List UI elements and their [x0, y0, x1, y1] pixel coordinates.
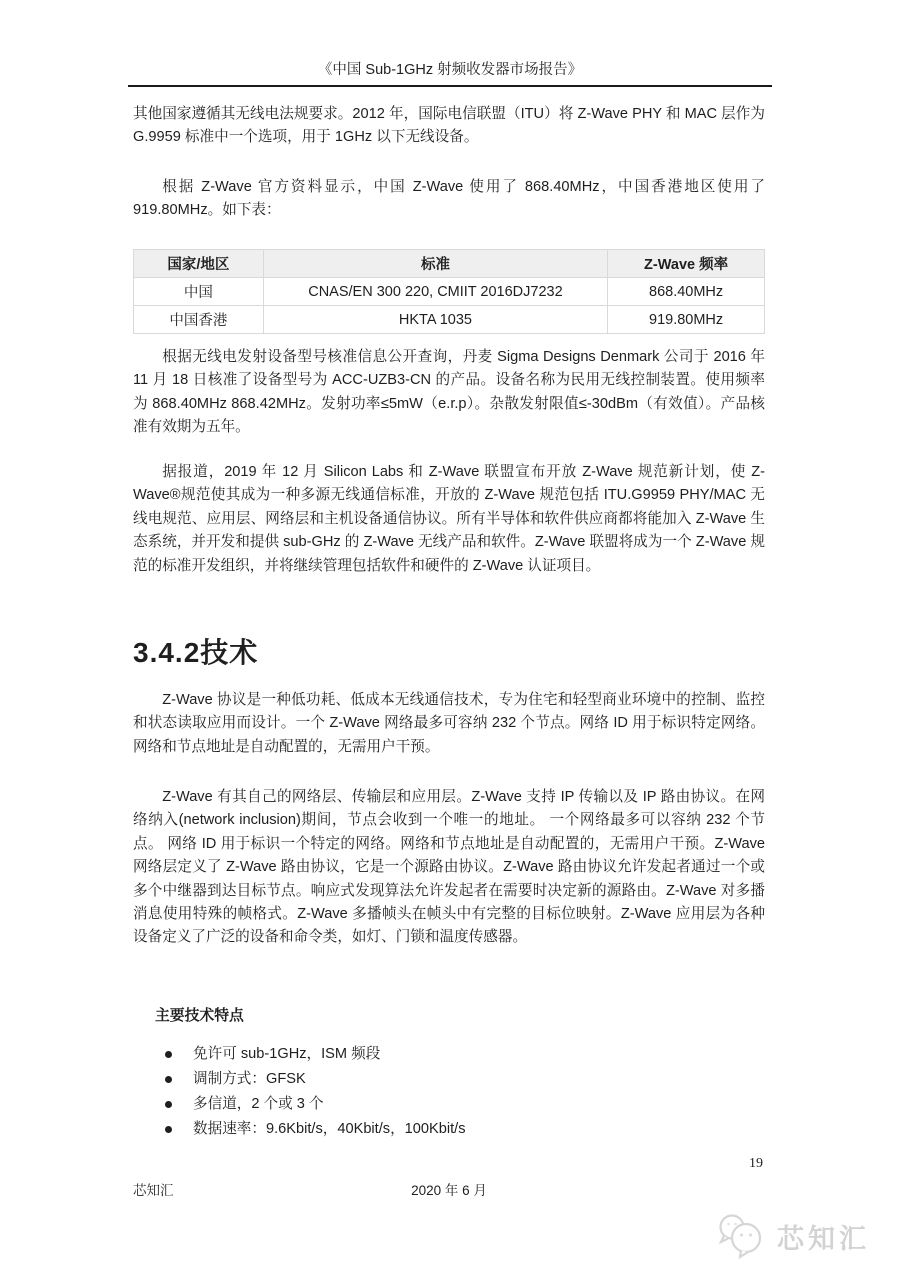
feature-text: 数据速率：9.6Kbit/s，40Kbit/s，100Kbit/s [193, 1121, 466, 1137]
paragraph-protocol-overview: Z-Wave 协议是一种低功耗、低成本无线通信技术，专为住宅和轻型商业环境中的控… [133, 689, 765, 759]
table-row: 中国香港 HKTA 1035 919.80MHz [134, 306, 765, 334]
zwave-frequency-table: 国家/地区 标准 Z-Wave 频率 中国 CNAS/EN 300 220, C… [133, 249, 765, 334]
table-header-row: 国家/地区 标准 Z-Wave 频率 [134, 250, 765, 278]
feature-text: 多信道，2 个或 3 个 [193, 1096, 324, 1112]
bullet-icon [165, 1126, 172, 1133]
bullet-icon [165, 1101, 172, 1108]
watermark-brand-text: 芯知汇 [777, 1217, 870, 1256]
chat-bubbles-icon [715, 1212, 767, 1260]
table-row: 中国 CNAS/EN 300 220, CMIIT 2016DJ7232 868… [134, 278, 765, 306]
cell-standard: HKTA 1035 [263, 306, 607, 334]
report-page: 《中国 Sub-1GHz 射频收发器市场报告》 其他国家遵循其无线电法规要求。2… [0, 0, 900, 1273]
footer-date: 2020 年 6 月 [133, 1179, 765, 1199]
brand-watermark: 芯知汇 [715, 1212, 870, 1260]
paragraph-type-approval: 根据无线电发射设备型号核准信息公开查询，丹麦 Sigma Designs Den… [133, 346, 765, 440]
list-item: 免许可 sub-1GHz，ISM 频段 [165, 1042, 725, 1067]
paragraph-open-spec: 据报道，2019 年 12 月 Silicon Labs 和 Z-Wave 联盟… [133, 461, 765, 578]
cell-region: 中国 [134, 278, 264, 306]
list-item: 调制方式：GFSK [165, 1067, 725, 1092]
list-item: 数据速率：9.6Kbit/s，40Kbit/s，100Kbit/s [165, 1117, 725, 1142]
footer-company-name: 芯知汇 [133, 1179, 174, 1199]
paragraph-frequencies: 根据 Z-Wave 官方资料显示，中国 Z-Wave 使用了 868.40MHz… [133, 176, 765, 223]
features-list: 免许可 sub-1GHz，ISM 频段 调制方式：GFSK 多信道，2 个或 3… [165, 1042, 725, 1142]
document-header-title: 《中国 Sub-1GHz 射频收发器市场报告》 [128, 60, 772, 87]
paragraph-regulations: 其他国家遵循其无线电法规要求。2012 年，国际电信联盟（ITU）将 Z-Wav… [133, 103, 765, 150]
feature-text: 调制方式：GFSK [193, 1071, 306, 1087]
cell-standard: CNAS/EN 300 220, CMIIT 2016DJ7232 [263, 278, 607, 306]
column-header-standard: 标准 [263, 250, 607, 278]
cell-frequency: 868.40MHz [608, 278, 765, 306]
bullet-icon [165, 1076, 172, 1083]
list-item: 多信道，2 个或 3 个 [165, 1092, 725, 1117]
feature-text: 免许可 sub-1GHz，ISM 频段 [193, 1046, 380, 1062]
section-heading-technology: 3.4.2技术 [133, 631, 258, 671]
column-header-region: 国家/地区 [134, 250, 264, 278]
page-number: 19 [749, 1156, 763, 1172]
column-header-frequency: Z-Wave 频率 [608, 250, 765, 278]
cell-region: 中国香港 [134, 306, 264, 334]
cell-frequency: 919.80MHz [608, 306, 765, 334]
features-heading: 主要技术特点 [155, 1004, 244, 1025]
bullet-icon [165, 1051, 172, 1058]
paragraph-network-layers: Z-Wave 有其自己的网络层、传输层和应用层。Z-Wave 支持 IP 传输以… [133, 786, 765, 950]
